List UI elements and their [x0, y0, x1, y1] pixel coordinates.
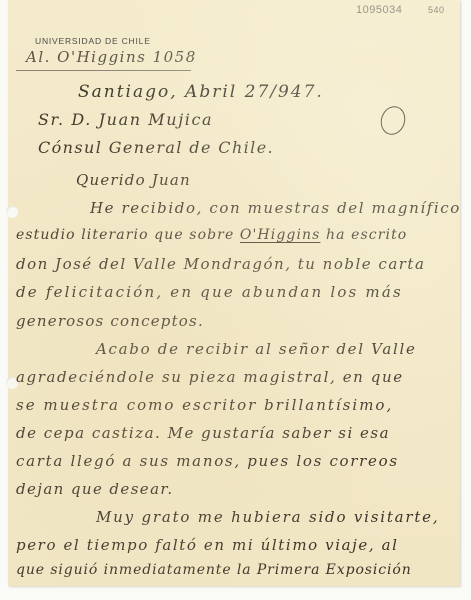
body-line: Muy grato me hubiera sido visitarte, — [96, 508, 439, 526]
circle-mark — [377, 103, 409, 138]
body-line: Acabo de recibir al señor del Valle — [96, 340, 417, 358]
underlined-name: O'Higgins — [240, 227, 321, 243]
body-line: que siguió inmediatamente la Primera Exp… — [16, 562, 412, 578]
body-line: generosos conceptos. — [16, 312, 204, 330]
body-line: don José del Valle Mondragón, tu noble c… — [16, 255, 425, 273]
body-line: de felicitación, en que abundan los más — [16, 283, 403, 301]
page-number: 540 — [428, 5, 445, 15]
body-line: de cepa castiza. Me gustaría saber si es… — [16, 424, 390, 442]
letter-page: 1095034 540 UNIVERSIDAD DE CHILE Al. O'H… — [8, 0, 460, 586]
date-line: Santiago, Abril 27/947. — [78, 82, 324, 102]
body-line: dejan que desear. — [16, 480, 174, 498]
body-line-part: estudio literario que sobre — [16, 227, 240, 243]
salutation: Querido Juan — [76, 171, 191, 189]
archive-number: 1095034 — [356, 4, 402, 16]
body-line: agradeciéndole su pieza magistral, en qu… — [16, 368, 404, 386]
body-line: carta llegó a sus manos, pues los correo… — [16, 452, 399, 470]
letterhead: UNIVERSIDAD DE CHILE — [35, 36, 151, 46]
recipient-title: Cónsul General de Chile. — [38, 138, 274, 157]
body-line: pero el tiempo faltó en mi último viaje,… — [16, 536, 399, 554]
punch-hole-top — [6, 206, 18, 218]
body-line-part: ha escrito — [320, 227, 407, 243]
address-line: Al. O'Higgins 1058 — [26, 48, 197, 66]
body-line: se muestra como escritor brillantísimo, — [16, 396, 393, 414]
letterhead-rule — [16, 70, 191, 71]
recipient-name: Sr. D. Juan Mujica — [38, 110, 213, 129]
body-line: estudio literario que sobre O'Higgins ha… — [16, 227, 407, 243]
body-line: He recibido, con muestras del magnífico — [90, 199, 461, 217]
